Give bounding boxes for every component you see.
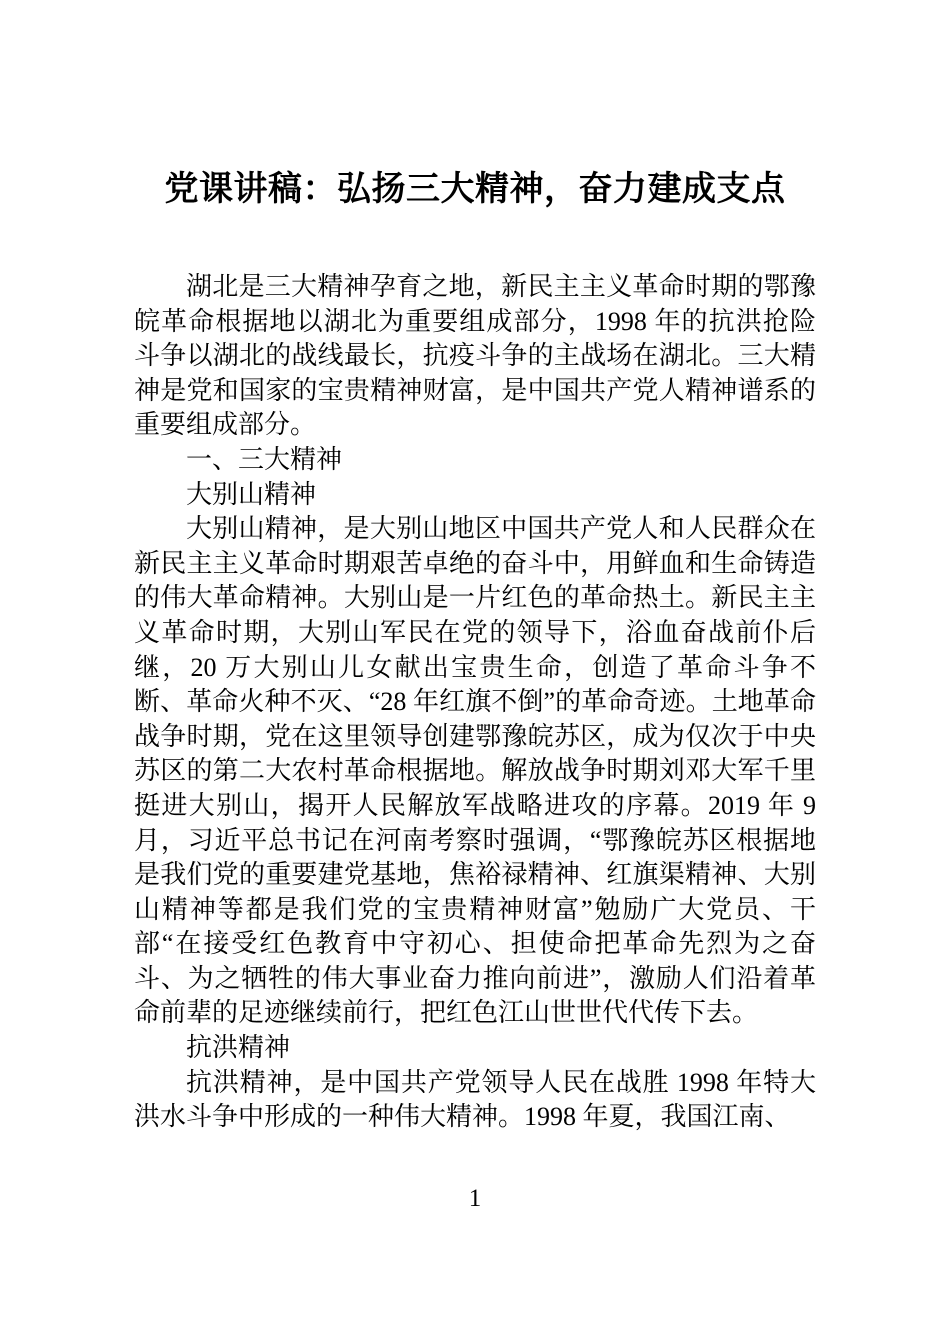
document-page: 党课讲稿：弘扬三大精神，奋力建成支点 湖北是三大精神孕育之地，新民主主义革命时期…	[0, 0, 950, 1344]
heading-flood-fighting-spirit: 抗洪精神	[134, 1031, 816, 1066]
paragraph-dabieshan-spirit: 大别山精神，是大别山地区中国共产党人和人民群众在新民主主义革命时期艰苦卓绝的奋斗…	[134, 512, 816, 1031]
heading-section-one-three-spirits: 一、三大精神	[134, 443, 816, 478]
paragraph-flood-fighting-spirit: 抗洪精神，是中国共产党领导人民在战胜 1998 年特大洪水斗争中形成的一种伟大精…	[134, 1066, 816, 1135]
paragraph-intro-hubei: 湖北是三大精神孕育之地，新民主主义革命时期的鄂豫皖革命根据地以湖北为重要组成部分…	[134, 270, 816, 443]
page-number: 1	[0, 1184, 950, 1214]
document-body: 湖北是三大精神孕育之地，新民主主义革命时期的鄂豫皖革命根据地以湖北为重要组成部分…	[134, 270, 816, 1135]
heading-dabieshan-spirit: 大别山精神	[134, 478, 816, 513]
document-title: 党课讲稿：弘扬三大精神，奋力建成支点	[0, 0, 950, 214]
